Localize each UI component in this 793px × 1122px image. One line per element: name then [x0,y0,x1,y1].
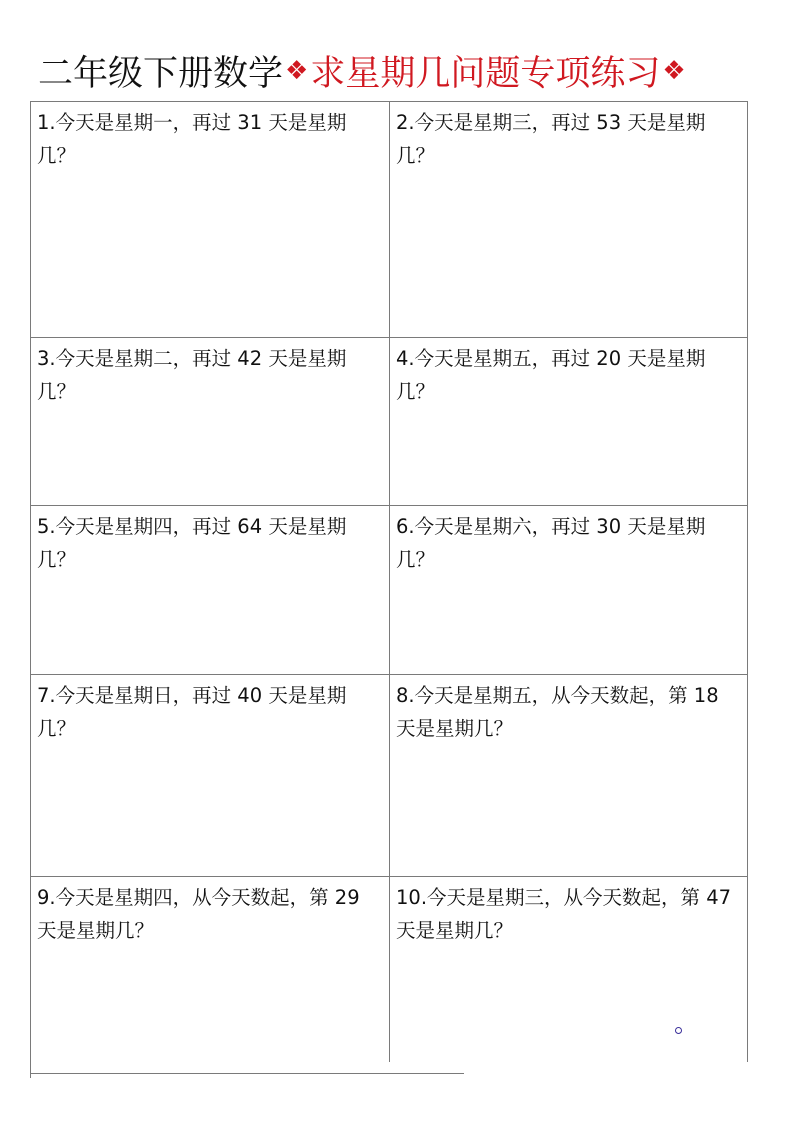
worksheet-title: 二年级下册数学 ❖ 求星期几问题专项练习 ❖ [38,46,688,96]
problem-row: 3.今天是星期二，再过 42 天是星期几？ 4.今天是星期五，再过 20 天是星… [30,337,748,505]
problem-cell-8: 8.今天是星期五，从今天数起，第 18 天是星期几？ [389,675,748,876]
problem-cell-10: 10.今天是星期三，从今天数起，第 47 天是星期几？ [389,877,748,1062]
diamond-icon: ❖ [662,56,685,86]
grid-bottom-border [30,1073,464,1074]
problem-cell-3: 3.今天是星期二，再过 42 天是星期几？ [30,338,389,505]
problem-cell-2: 2.今天是星期三，再过 53 天是星期几？ [389,102,748,337]
title-grade: 二年级下册数学 [38,46,283,96]
diamond-icon: ❖ [285,56,308,86]
problem-row: 5.今天是星期四，再过 64 天是星期几？ 6.今天是星期六，再过 30 天是星… [30,505,748,674]
problem-row: 9.今天是星期四，从今天数起，第 29 天是星期几？ 10.今天是星期三，从今天… [30,876,748,1078]
title-topic: 求星期几问题专项练习 [310,46,660,96]
problem-row: 1.今天是星期一，再过 31 天是星期几？ 2.今天是星期三，再过 53 天是星… [30,101,748,337]
problem-cell-4: 4.今天是星期五，再过 20 天是星期几？ [389,338,748,505]
problem-cell-1: 1.今天是星期一，再过 31 天是星期几？ [30,102,389,337]
problem-cell-5: 5.今天是星期四，再过 64 天是星期几？ [30,506,389,674]
circle-marker-icon [675,1027,682,1034]
problem-cell-6: 6.今天是星期六，再过 30 天是星期几？ [389,506,748,674]
problem-cell-9: 9.今天是星期四，从今天数起，第 29 天是星期几？ [30,877,389,1078]
problem-grid: 1.今天是星期一，再过 31 天是星期几？ 2.今天是星期三，再过 53 天是星… [30,101,748,1078]
problem-cell-7: 7.今天是星期日，再过 40 天是星期几？ [30,675,389,876]
problem-row: 7.今天是星期日，再过 40 天是星期几？ 8.今天是星期五，从今天数起，第 1… [30,674,748,876]
